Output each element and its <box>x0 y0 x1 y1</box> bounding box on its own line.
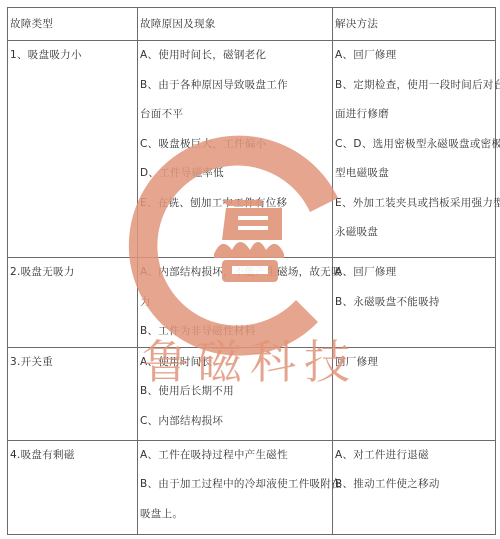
table-header-row: 故障类型 故障原因及现象 解决方法 <box>8 8 496 41</box>
cause-line: A、使用时间长，磁钢老化 <box>140 41 332 71</box>
cause-line: 力 <box>140 288 332 318</box>
fault-type: 4.吸盘有剩磁 <box>10 441 137 471</box>
fault-type: 1、吸盘吸力小 <box>10 41 137 71</box>
table-row: 2.吸盘无吸力 A、内部结构损坏，不能产生磁场，故无吸 力 B、工件为非导磁性材… <box>8 258 496 348</box>
fault-type-cell: 4.吸盘有剩磁 <box>8 440 138 534</box>
header-cause: 故障原因及现象 <box>138 8 333 41</box>
solution-cell: A、回厂修理 B、永磁吸盘不能吸持 <box>333 258 496 348</box>
solution-line: A、回厂修理 <box>335 41 495 71</box>
cause-line: A、使用时间长 <box>140 348 332 378</box>
table-row: 3.开关重 A、使用时间长 B、使用后长期不用 C、内部结构损坏 回厂修理 <box>8 347 496 440</box>
cause-line: C、内部结构损坏 <box>140 407 332 437</box>
solution-line: E、外加工装夹具或挡板采用强力型 <box>335 189 495 219</box>
cause-cell: A、使用时间长，磁钢老化 B、由于各种原因导致吸盘工作 台面不平 C、吸盘极巨大… <box>138 41 333 258</box>
table-row: 1、吸盘吸力小 A、使用时间长，磁钢老化 B、由于各种原因导致吸盘工作 台面不平… <box>8 41 496 258</box>
cause-cell: A、内部结构损坏，不能产生磁场，故无吸 力 B、工件为非导磁性材料 <box>138 258 333 348</box>
fault-type: 3.开关重 <box>10 348 137 378</box>
solution-line: B、定期检查，使用一段时间后对台 <box>335 71 495 101</box>
solution-cell: 回厂修理 <box>333 347 496 440</box>
solution-line: 永磁吸盘 <box>335 218 495 248</box>
cause-line: B、工件为非导磁性材料 <box>140 317 332 347</box>
solution-cell: A、对工件进行退磁 B、推动工件使之移动 <box>333 440 496 534</box>
solution-cell: A、回厂修理 B、定期检查，使用一段时间后对台 面进行修磨 C、D、选用密极型永… <box>333 41 496 258</box>
cause-line: B、使用后长期不用 <box>140 377 332 407</box>
cause-line: 吸盘上。 <box>140 500 332 530</box>
cause-line: 台面不平 <box>140 100 332 130</box>
cause-cell: A、工件在吸持过程中产生磁性 B、由于加工过程中的冷却液使工件吸附在 吸盘上。 <box>138 440 333 534</box>
cause-line: B、由于各种原因导致吸盘工作 <box>140 71 332 101</box>
cause-cell: A、使用时间长 B、使用后长期不用 C、内部结构损坏 <box>138 347 333 440</box>
fault-type-cell: 1、吸盘吸力小 <box>8 41 138 258</box>
solution-line: 型电磁吸盘 <box>335 159 495 189</box>
fault-table: 故障类型 故障原因及现象 解决方法 1、吸盘吸力小 A、使用时间长，磁钢老化 B… <box>7 7 496 535</box>
solution-line: B、推动工件使之移动 <box>335 470 495 500</box>
header-fault-type: 故障类型 <box>8 8 138 41</box>
cause-line: A、内部结构损坏，不能产生磁场，故无吸 <box>140 258 332 288</box>
cause-line: E、在铣、刨加工中工件有位移 <box>140 189 332 219</box>
fault-type-cell: 3.开关重 <box>8 347 138 440</box>
solution-line: A、对工件进行退磁 <box>335 441 495 471</box>
fault-type: 2.吸盘无吸力 <box>10 258 137 288</box>
cause-line: C、吸盘极巨大，工件偏小 <box>140 130 332 160</box>
solution-line: 回厂修理 <box>335 348 495 378</box>
cause-line: B、由于加工过程中的冷却液使工件吸附在 <box>140 470 332 500</box>
solution-line: A、回厂修理 <box>335 258 495 288</box>
solution-line: B、永磁吸盘不能吸持 <box>335 288 495 318</box>
fault-type-cell: 2.吸盘无吸力 <box>8 258 138 348</box>
solution-line: 面进行修磨 <box>335 100 495 130</box>
header-solution: 解决方法 <box>333 8 496 41</box>
solution-line: C、D、选用密极型永磁吸盘或密极 <box>335 130 495 160</box>
table-row: 4.吸盘有剩磁 A、工件在吸持过程中产生磁性 B、由于加工过程中的冷却液使工件吸… <box>8 440 496 534</box>
cause-line: D、工件导磁率低 <box>140 159 332 189</box>
cause-line: A、工件在吸持过程中产生磁性 <box>140 441 332 471</box>
